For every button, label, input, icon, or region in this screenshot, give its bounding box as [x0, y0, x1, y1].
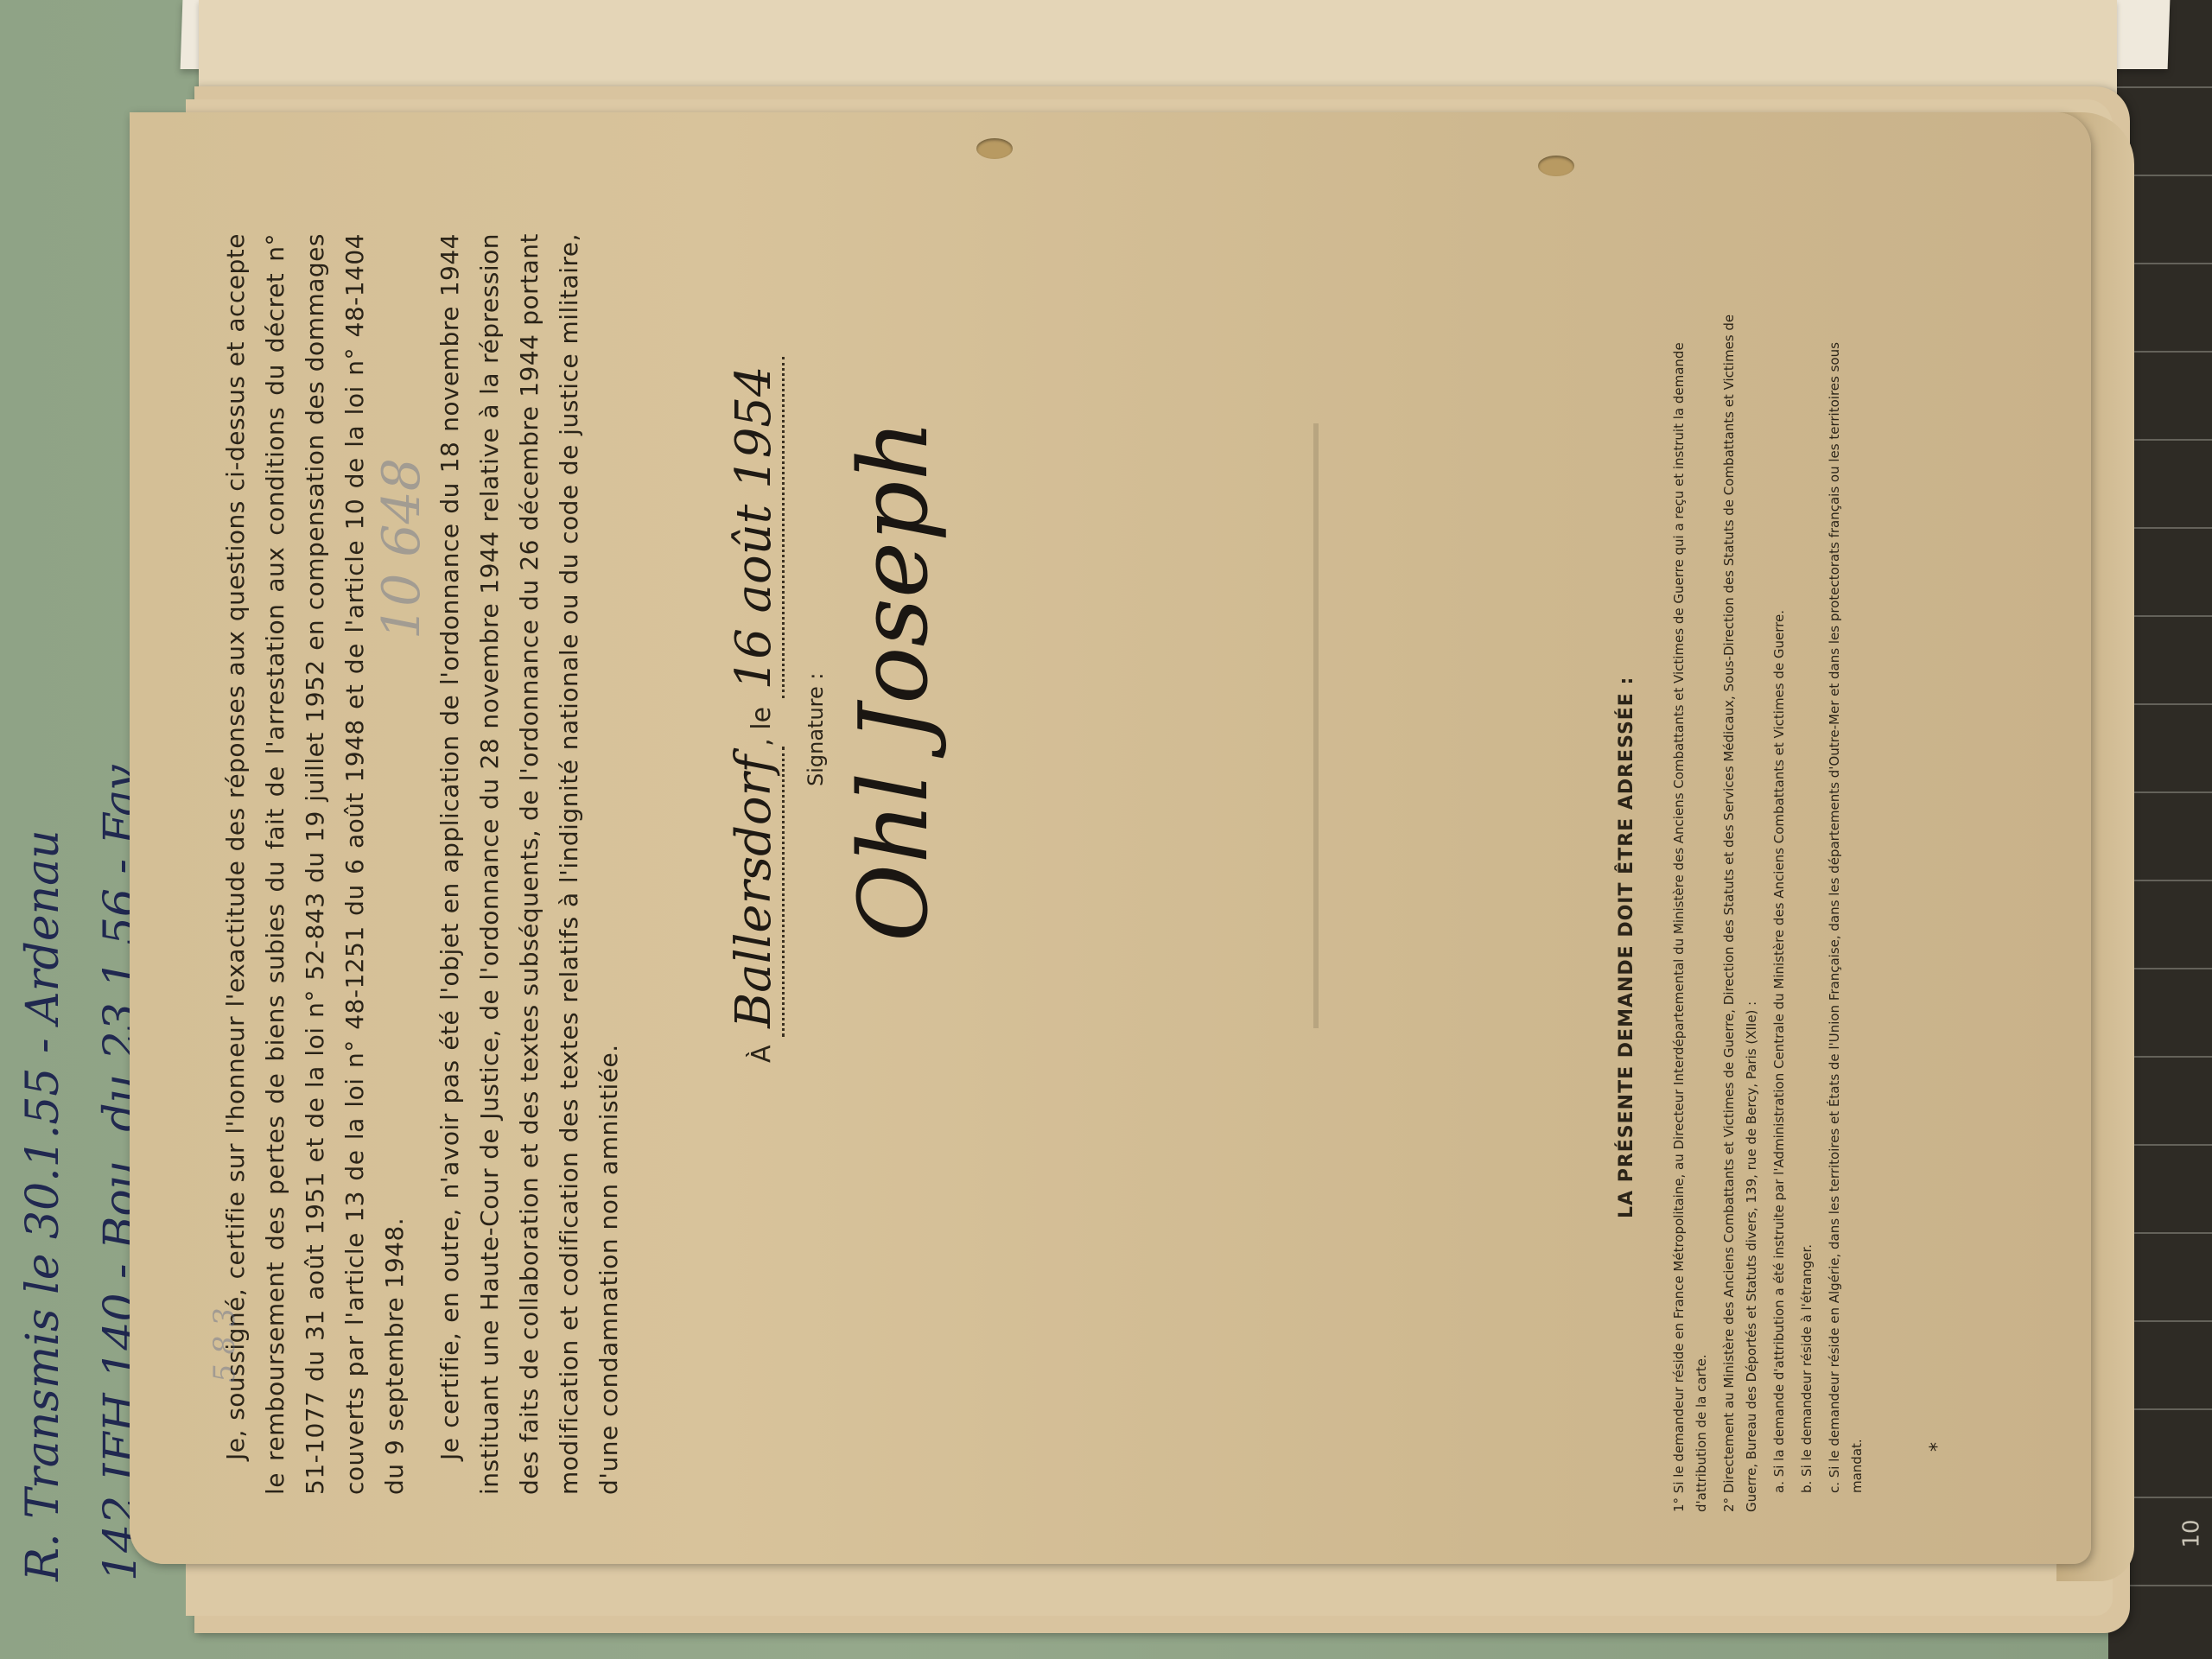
place-prefix: À [747, 1045, 777, 1063]
certification-text: Je, soussigné, certifie sur l'honneur l'… [216, 233, 645, 1495]
pencil-mark: 5 8 3 [207, 1307, 242, 1382]
document-page: Je, soussigné, certifie sur l'honneur l'… [130, 112, 2091, 1564]
signature-label: Signature : [804, 673, 828, 787]
address-item-c: c. Si le demandeur réside en Algérie, da… [1823, 285, 1868, 1512]
address-item-a: a. Si la demande d'attribution a été ins… [1768, 285, 1790, 1512]
punch-hole [976, 138, 1013, 159]
pencil-mark: 10 648 [372, 458, 432, 639]
paragraph-1: Je, soussigné, certifie sur l'honneur l'… [216, 233, 415, 1495]
paragraph-2: Je certifie, en outre, n'avoir pas été l… [430, 233, 629, 1495]
signature: Ohl Joseph [838, 420, 949, 942]
address-list: 1° Si le demandeur réside en France Métr… [1668, 285, 1873, 1512]
footer-star: * [1927, 1442, 1948, 1452]
date-field: 16 août 1954 [726, 357, 785, 698]
date-prefix: , le [747, 707, 777, 747]
place-field: Ballersdorf [726, 747, 785, 1037]
page-content: Je, soussigné, certifie sur l'honneur l'… [181, 199, 2082, 1547]
address-item-1: 1° Si le demandeur réside en France Métr… [1668, 285, 1713, 1512]
address-title: LA PRÉSENTE DEMANDE DOIT ÊTRE ADRESSÉE : [1616, 677, 1637, 1218]
ruler-number: 10 [2179, 1519, 2205, 1548]
place-date-line: À Ballersdorf, le 16 août 1954 [726, 357, 782, 1063]
address-item-2: 2° Directement au Ministère des Anciens … [1718, 285, 1763, 1512]
punch-hole [1538, 156, 1574, 176]
folder-note-1: R. Transmis le 30.1.55 - Ardenau [17, 829, 69, 1581]
address-item-b: b. Si le demandeur réside à l'étranger. [1796, 285, 1818, 1512]
